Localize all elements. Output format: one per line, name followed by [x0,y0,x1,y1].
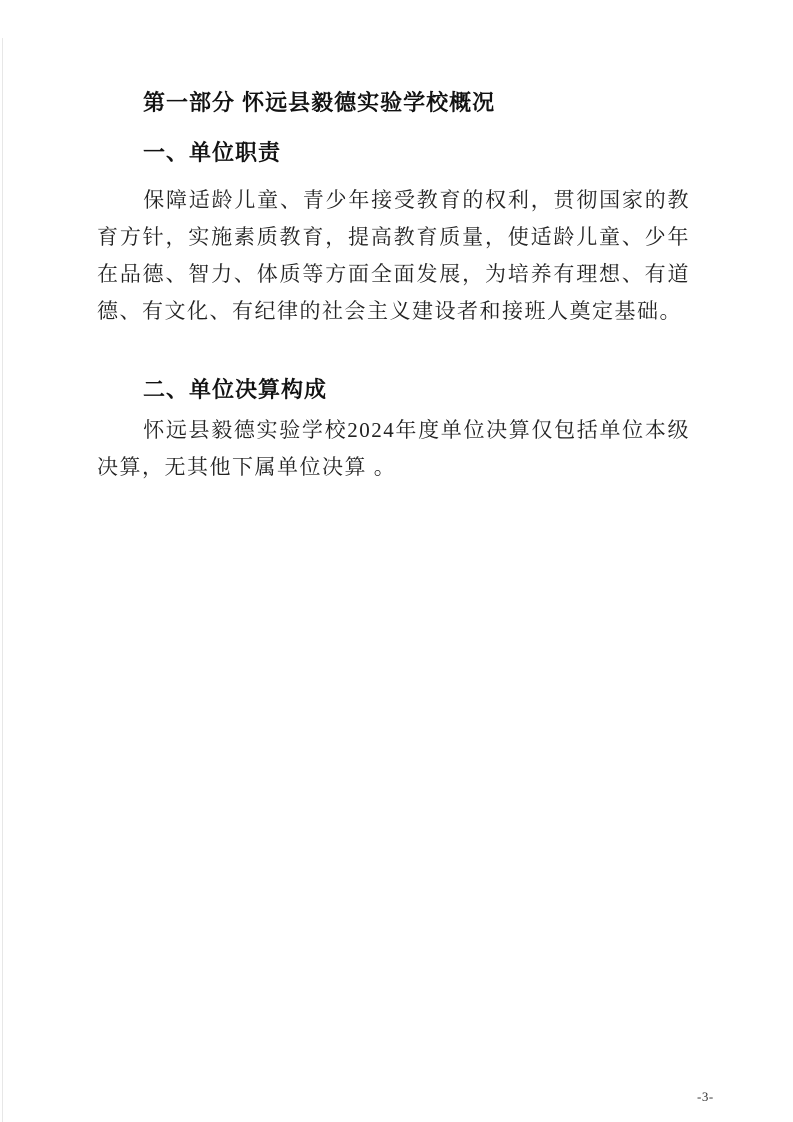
page-edge-line [2,38,3,1122]
document-page: 第一部分 怀远县毅德实验学校概况 一、单位职责 保障适龄儿童、青少年接受教育的权… [0,0,793,1122]
page-number: -3- [697,1089,714,1105]
document-title: 第一部分 怀远县毅德实验学校概况 [143,88,690,118]
body-paragraph: 保障适龄儿童、青少年接受教育的权利，贯彻国家的教育方针，实施素质教育，提高教育质… [97,182,690,330]
page-content: 第一部分 怀远县毅德实验学校概况 一、单位职责 保障适龄儿童、青少年接受教育的权… [97,0,690,486]
section-heading: 二、单位决算构成 [143,375,690,405]
section-budget-composition: 二、单位决算构成 怀远县毅德实验学校2024年度单位决算仅包括单位本级决算，无其… [97,375,690,486]
body-paragraph: 怀远县毅德实验学校2024年度单位决算仅包括单位本级决算，无其他下属单位决算 。 [97,412,690,486]
section-unit-duties: 一、单位职责 保障适龄儿童、青少年接受教育的权利，贯彻国家的教育方针，实施素质教… [97,138,690,330]
section-heading: 一、单位职责 [143,138,690,168]
